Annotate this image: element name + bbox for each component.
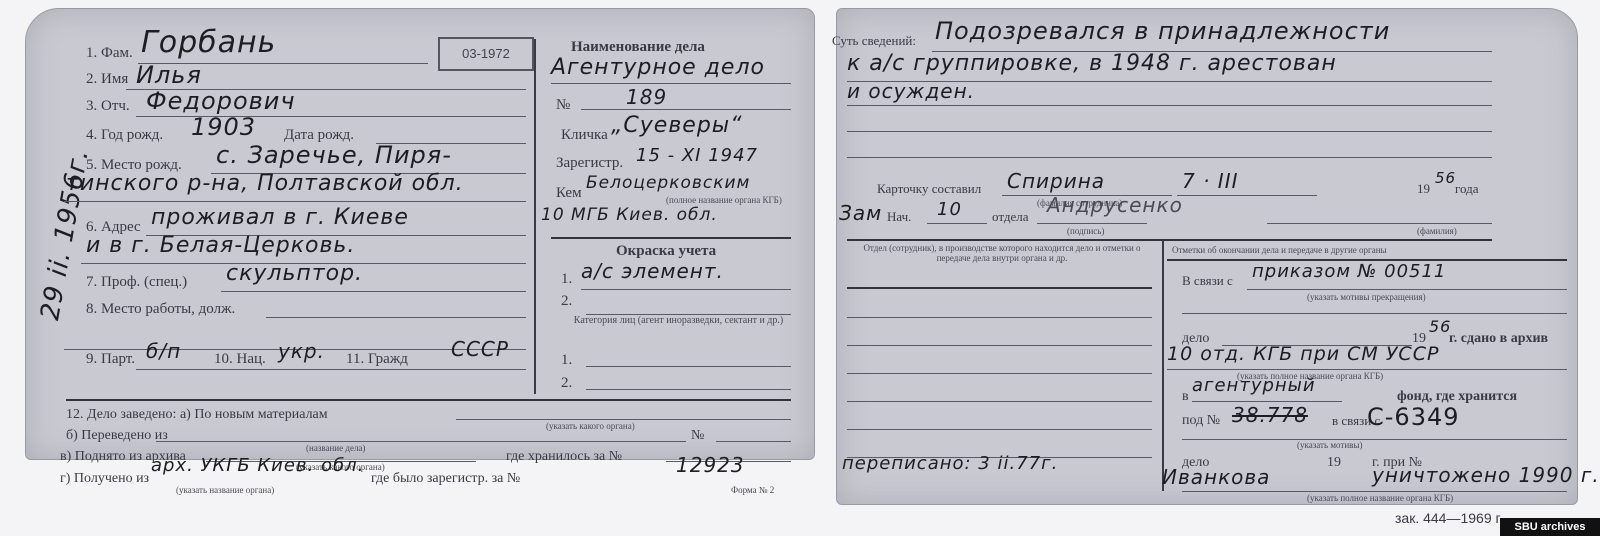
old-number: 38.778 (1232, 403, 1308, 427)
field-value-patronymic: Федорович (146, 87, 296, 115)
field-label-surname: 1. Фам. (86, 45, 133, 62)
fund-value: агентурный (1192, 375, 1316, 396)
received-from-label: г) Получено из (60, 471, 149, 487)
compiled-by: Спирина (1007, 169, 1105, 193)
transferred-from: б) Переведено из (66, 428, 168, 444)
left-card: 29 іі. 1956г. 03-1972 1. Фам. Горбань 2.… (25, 8, 815, 460)
case-number-label: № (556, 97, 570, 114)
connection-value: приказом № 00511 (1252, 261, 1446, 282)
field-value-nationality: укр. (278, 339, 325, 363)
registered-by-hint: (полное название органа КГБ) (666, 195, 782, 205)
field-label-nationality: 10. Нац. (214, 351, 266, 368)
case-title: Наименование дела (571, 39, 705, 56)
case-number: 189 (626, 85, 667, 109)
category-hint: Категория лиц (агент иноразведки, сектан… (566, 315, 791, 326)
field-value-birthplace-line2: тинского р-на, Полтавской обл. (66, 171, 464, 196)
field-value-citizenship: СССР (451, 337, 509, 361)
fund-prefix: в (1182, 389, 1189, 405)
color-2-label: 2. (561, 293, 572, 310)
signature: Андрусенко (1047, 193, 1183, 217)
left-column-header: Отдел (сотрудник), в производстве которо… (852, 243, 1152, 263)
signature-hint: (подпись) (1067, 226, 1104, 236)
form-number: Форма № 2 (731, 485, 774, 495)
under-no-label: под № (1182, 413, 1220, 429)
field-value-profession: скульптор. (226, 261, 363, 286)
compiled-year-prefix: 19 (1417, 181, 1430, 197)
color-1-label: 1. (561, 271, 572, 288)
motives-hint: (указать мотивы) (1297, 440, 1362, 450)
field-value-address: проживал в г. Киеве (151, 205, 409, 230)
field-label-party: 9. Парт. (86, 351, 135, 368)
field-value-birth-year: 1903 (191, 113, 256, 141)
archive-text: г. сдано в архив (1449, 331, 1548, 347)
registered-by-value-2: 10 МГБ Киев. обл. (541, 205, 718, 225)
field-label-name: 2. Имя (86, 71, 128, 88)
color-title: Окраска учета (616, 243, 716, 260)
department-number: 10 (937, 199, 962, 220)
registered-date: 15 - XI 1947 (636, 145, 758, 166)
field-label-workplace: 8. Место работы, долж. (86, 301, 235, 318)
compiled-label: Карточку составил (877, 181, 981, 197)
new-number: С-6349 (1367, 403, 1460, 431)
summary-line-3: и осужден. (847, 79, 975, 103)
field-label-birth-year: 4. Год рожд. (86, 127, 163, 144)
right-column-header: Отметки об окончании дела и передаче в д… (1172, 245, 1387, 255)
transferred-hint: (название дела) (306, 443, 365, 453)
field-label-citizenship: 11. Гражд (346, 351, 408, 368)
field-value-name: Илья (136, 61, 202, 89)
destroyed-note: уничтожено 1990 г. (1372, 463, 1600, 487)
archive-year: 56 (1429, 317, 1451, 336)
where-registered-label: где было зарегистр. за № (371, 471, 520, 487)
deputy: Зам (839, 201, 882, 225)
field-value-surname: Горбань (141, 25, 276, 60)
where-stored-label: где хранилось за № (506, 449, 622, 465)
field-value-address-line2: и в г. Белая-Церковь. (86, 233, 355, 258)
summary-line-1: Подозревался в принадлежности (935, 17, 1390, 45)
watermark: SBU archives (1500, 518, 1600, 536)
registered-label: Зарегистр. (556, 155, 623, 172)
compiled-date: 7 · III (1182, 169, 1239, 193)
registered-number: 12923 (676, 453, 745, 477)
category-2-label: 2. (561, 375, 572, 392)
registered-by-label: Кем (556, 185, 582, 202)
archive-organ: 10 отд. КГБ при СМ УССР (1167, 343, 1439, 365)
compiled-year: 56 (1435, 169, 1456, 187)
head-label: Нач. (887, 209, 911, 225)
alias-value: „Суеверы“ (611, 113, 743, 138)
received-hint: (указать название органа) (176, 485, 274, 495)
stamp: 03-1972 (438, 37, 534, 71)
org-hint: (указать полное название органа КГБ) (1307, 493, 1453, 503)
summary-line-2: к а/с группировке, в 1948 г. арестован (847, 51, 1337, 76)
field-label-profession: 7. Проф. (спец.) (86, 274, 187, 291)
department-label: отдела (992, 209, 1028, 225)
field-value-party: б/п (146, 339, 181, 363)
case-name: Агентурное дело (551, 55, 765, 80)
rewritten-note: переписано: 3 ii.77г. (842, 453, 1058, 474)
order-number: зак. 444—1969 г. (1395, 510, 1503, 526)
sent-to: Иванкова (1162, 465, 1270, 489)
opened-new-materials: 12. Дело заведено: а) По новым материала… (66, 407, 328, 423)
alias-label: Кличка (561, 127, 608, 144)
field-value-birthplace: с. Заречье, Пиря- (216, 141, 452, 169)
summary-label: Суть сведений: (832, 33, 916, 49)
connection-hint: (указать мотивы прекращения) (1307, 292, 1426, 302)
color-1-value: а/с элемент. (581, 259, 724, 283)
field-label-patronymic: 3. Отч. (86, 98, 130, 115)
right-card: Суть сведений: Подозревался в принадлежн… (836, 8, 1578, 505)
transferred-no-label: № (691, 428, 704, 444)
compiled-year-suffix: года (1455, 181, 1479, 197)
category-1-label: 1. (561, 352, 572, 369)
opened-hint: (указать какого органа) (546, 421, 635, 431)
received-from-value: арх. УКГБ Киев. обл. (151, 455, 364, 476)
registered-by-value: Белоцерковским (586, 173, 750, 193)
case2-year: 19 (1327, 455, 1341, 471)
surname-hint: (фамилия) (1417, 226, 1457, 236)
connection-label: В связи с (1182, 273, 1233, 289)
